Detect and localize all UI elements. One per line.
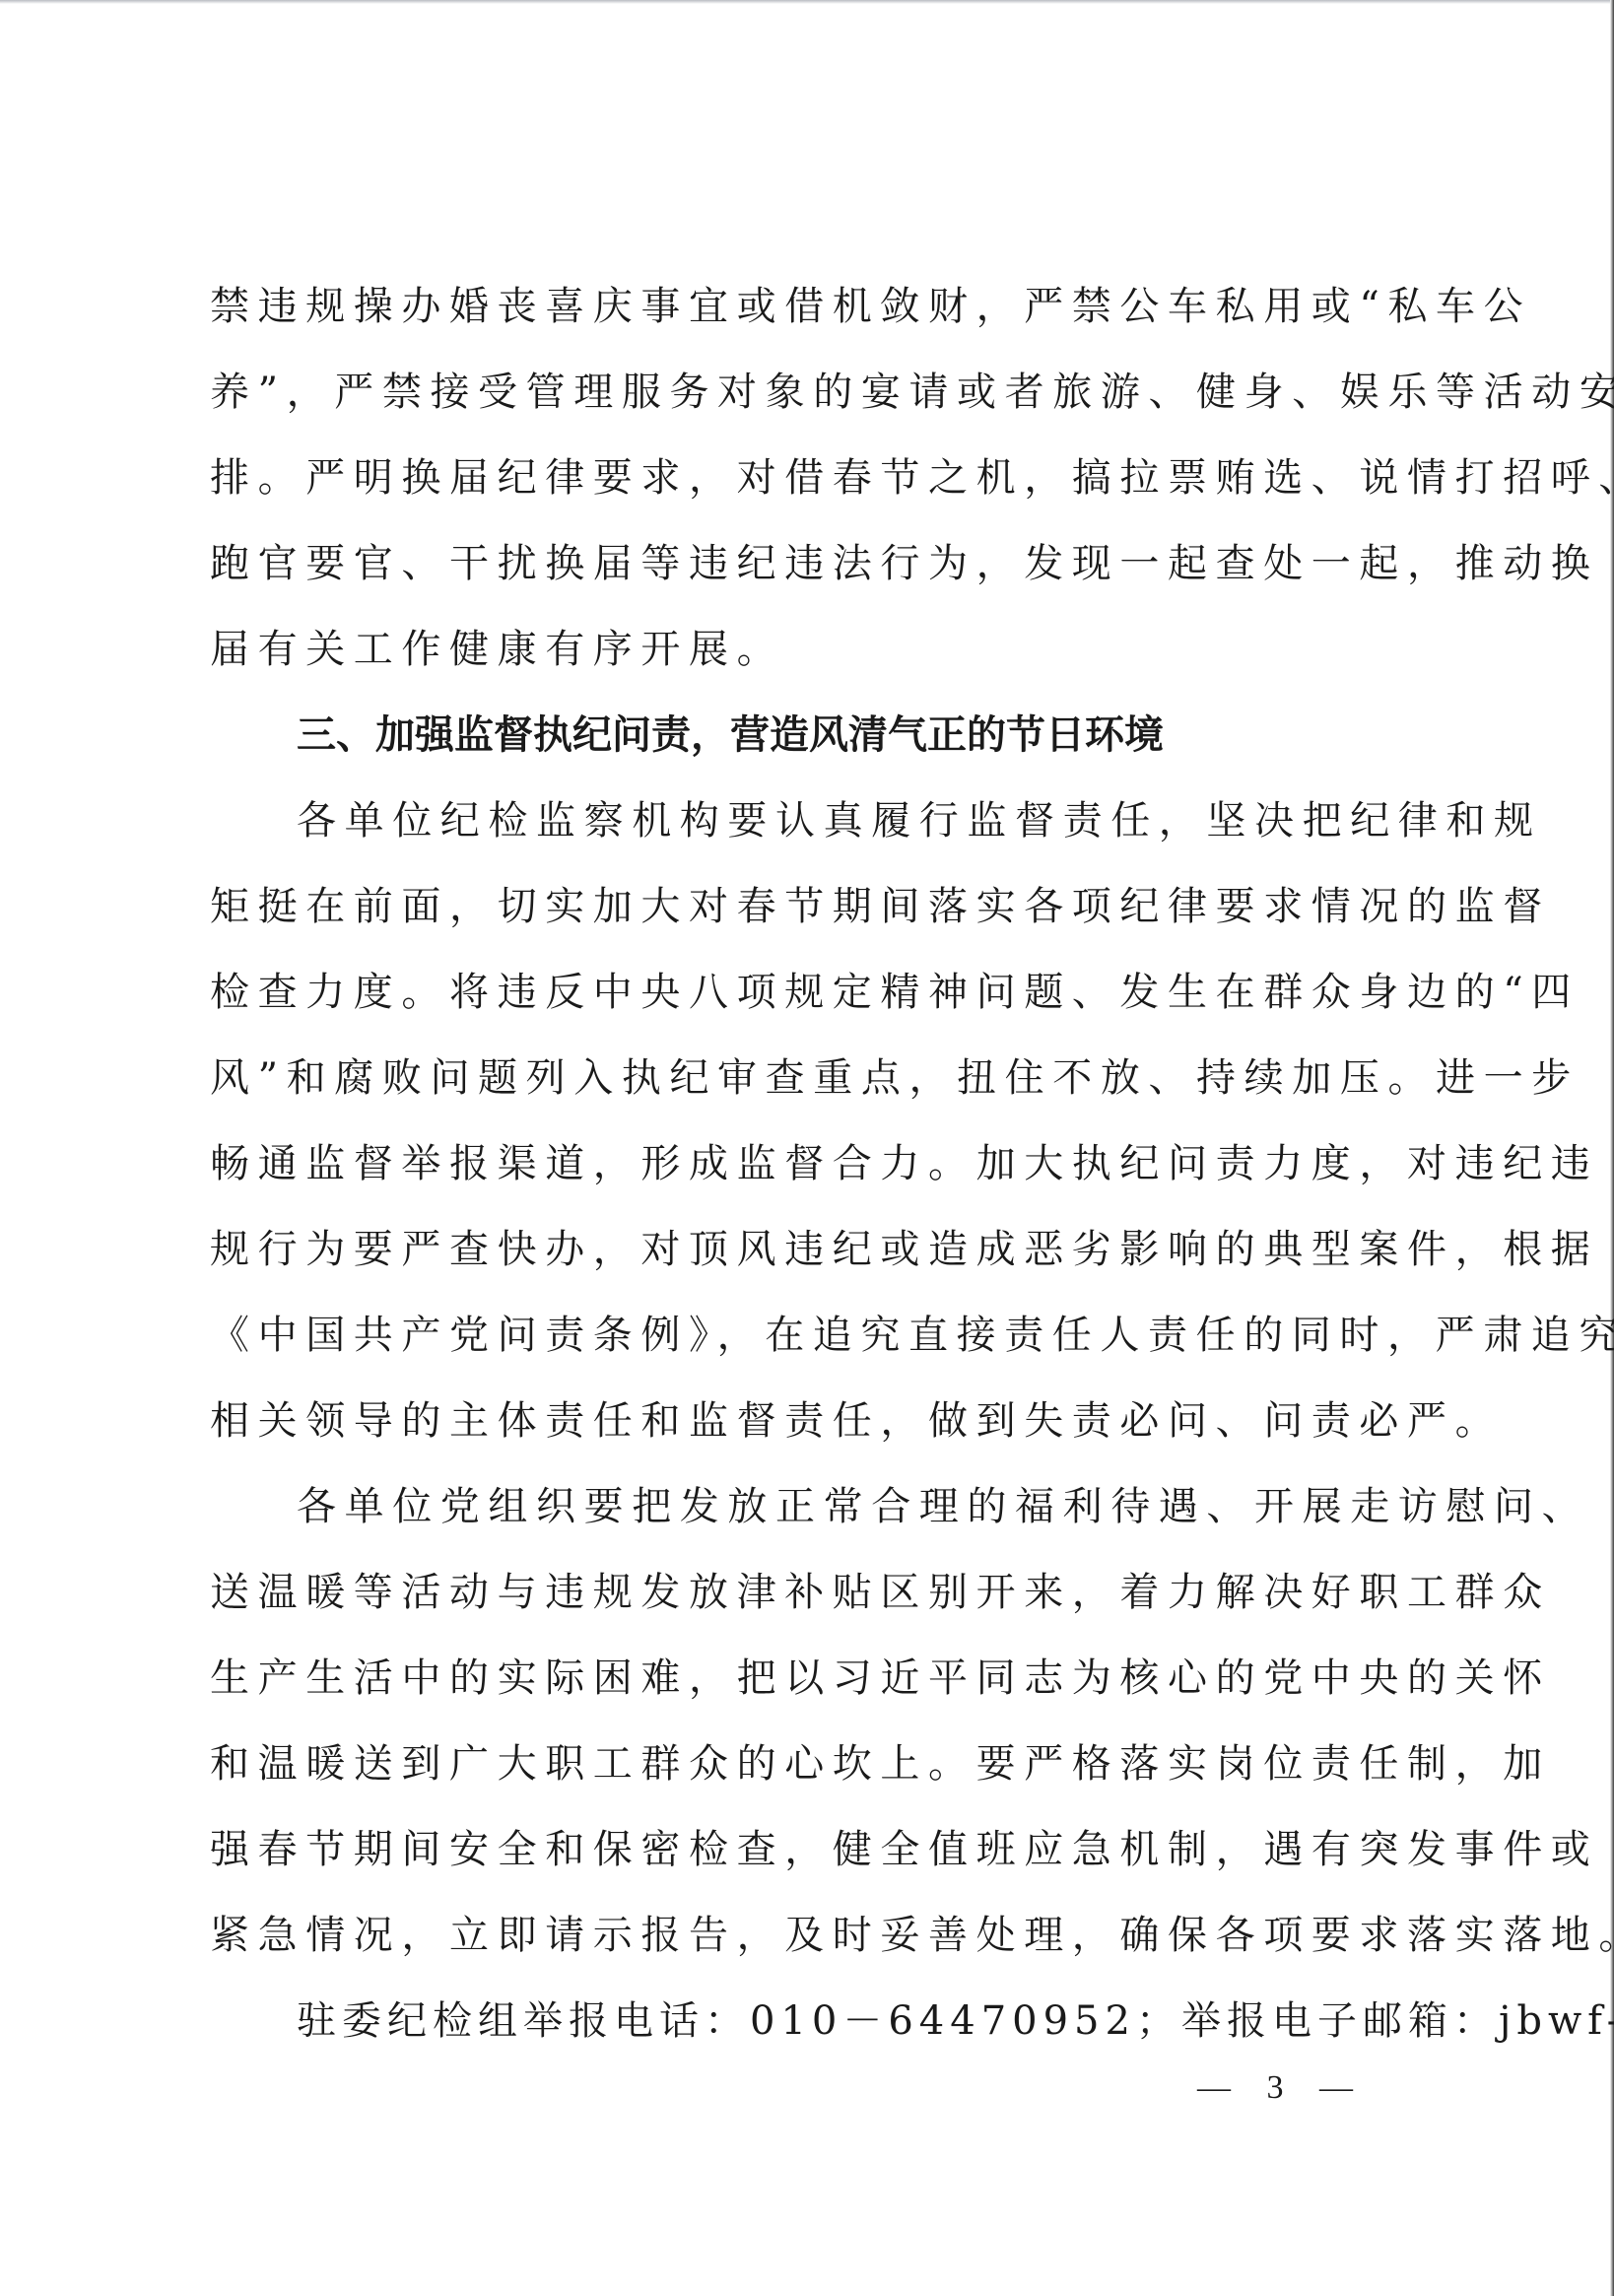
paragraph-line: 《中国共产党问责条例》，在追究直接责任人责任的同时，严肃追究 xyxy=(210,1293,1422,1379)
paragraph-line: 畅通监督举报渠道，形成监督合力。加大执纪问责力度，对违纪违 xyxy=(210,1121,1422,1207)
paragraph-line: 生产生活中的实际困难，把以习近平同志为核心的党中央的关怀 xyxy=(210,1636,1422,1722)
body-line: 养”，严禁接受管理服务对象的宴请或者旅游、健身、娱乐等活动安 xyxy=(210,350,1422,436)
paragraph-line: 规行为要严查快办，对顶风违纪或造成恶劣影响的典型案件，根据 xyxy=(210,1207,1422,1293)
paragraph-line: 各单位纪检监察机构要认真履行监督责任，坚决把纪律和规 xyxy=(210,778,1422,864)
scan-top-edge xyxy=(0,0,1614,4)
paragraph-line: 和温暖送到广大职工群众的心坎上。要严格落实岗位责任制，加 xyxy=(210,1722,1422,1807)
page-number: — 3 — xyxy=(1197,2069,1367,2107)
paragraph-line: 矩挺在前面，切实加大对春节期间落实各项纪律要求情况的监督 xyxy=(210,864,1422,950)
body-line: 排。严明换届纪律要求，对借春节之机，搞拉票贿选、说情打招呼、 xyxy=(210,436,1422,521)
contact-line: 驻委纪检组举报电话：010－64470952；举报电子邮箱：jbwf- xyxy=(210,1979,1422,2064)
paragraph-line: 各单位党组织要把发放正常合理的福利待遇、开展走访慰问、 xyxy=(210,1464,1422,1550)
paragraph-line: 风”和腐败问题列入执纪审查重点，扭住不放、持续加压。进一步 xyxy=(210,1036,1422,1121)
document-page: 禁违规操办婚丧喜庆事宜或借机敛财，严禁公车私用或“私车公 养”，严禁接受管理服务… xyxy=(210,264,1422,2064)
section-heading: 三、加强监督执纪问责，营造风清气正的节日环境 xyxy=(210,693,1422,778)
body-line: 禁违规操办婚丧喜庆事宜或借机敛财，严禁公车私用或“私车公 xyxy=(210,264,1422,350)
paragraph-line: 紧急情况，立即请示报告，及时妥善处理，确保各项要求落实落地。 xyxy=(210,1893,1422,1979)
paragraph-line: 相关领导的主体责任和监督责任，做到失责必问、问责必严。 xyxy=(210,1379,1422,1464)
paragraph-line: 送温暖等活动与违规发放津补贴区别开来，着力解决好职工群众 xyxy=(210,1550,1422,1636)
paragraph-line: 强春节期间安全和保密检查，健全值班应急机制，遇有突发事件或 xyxy=(210,1807,1422,1893)
paragraph-line: 检查力度。将违反中央八项规定精神问题、发生在群众身边的“四 xyxy=(210,950,1422,1036)
body-line: 届有关工作健康有序开展。 xyxy=(210,607,1422,693)
body-line: 跑官要官、干扰换届等违纪违法行为，发现一起查处一起，推动换 xyxy=(210,521,1422,607)
